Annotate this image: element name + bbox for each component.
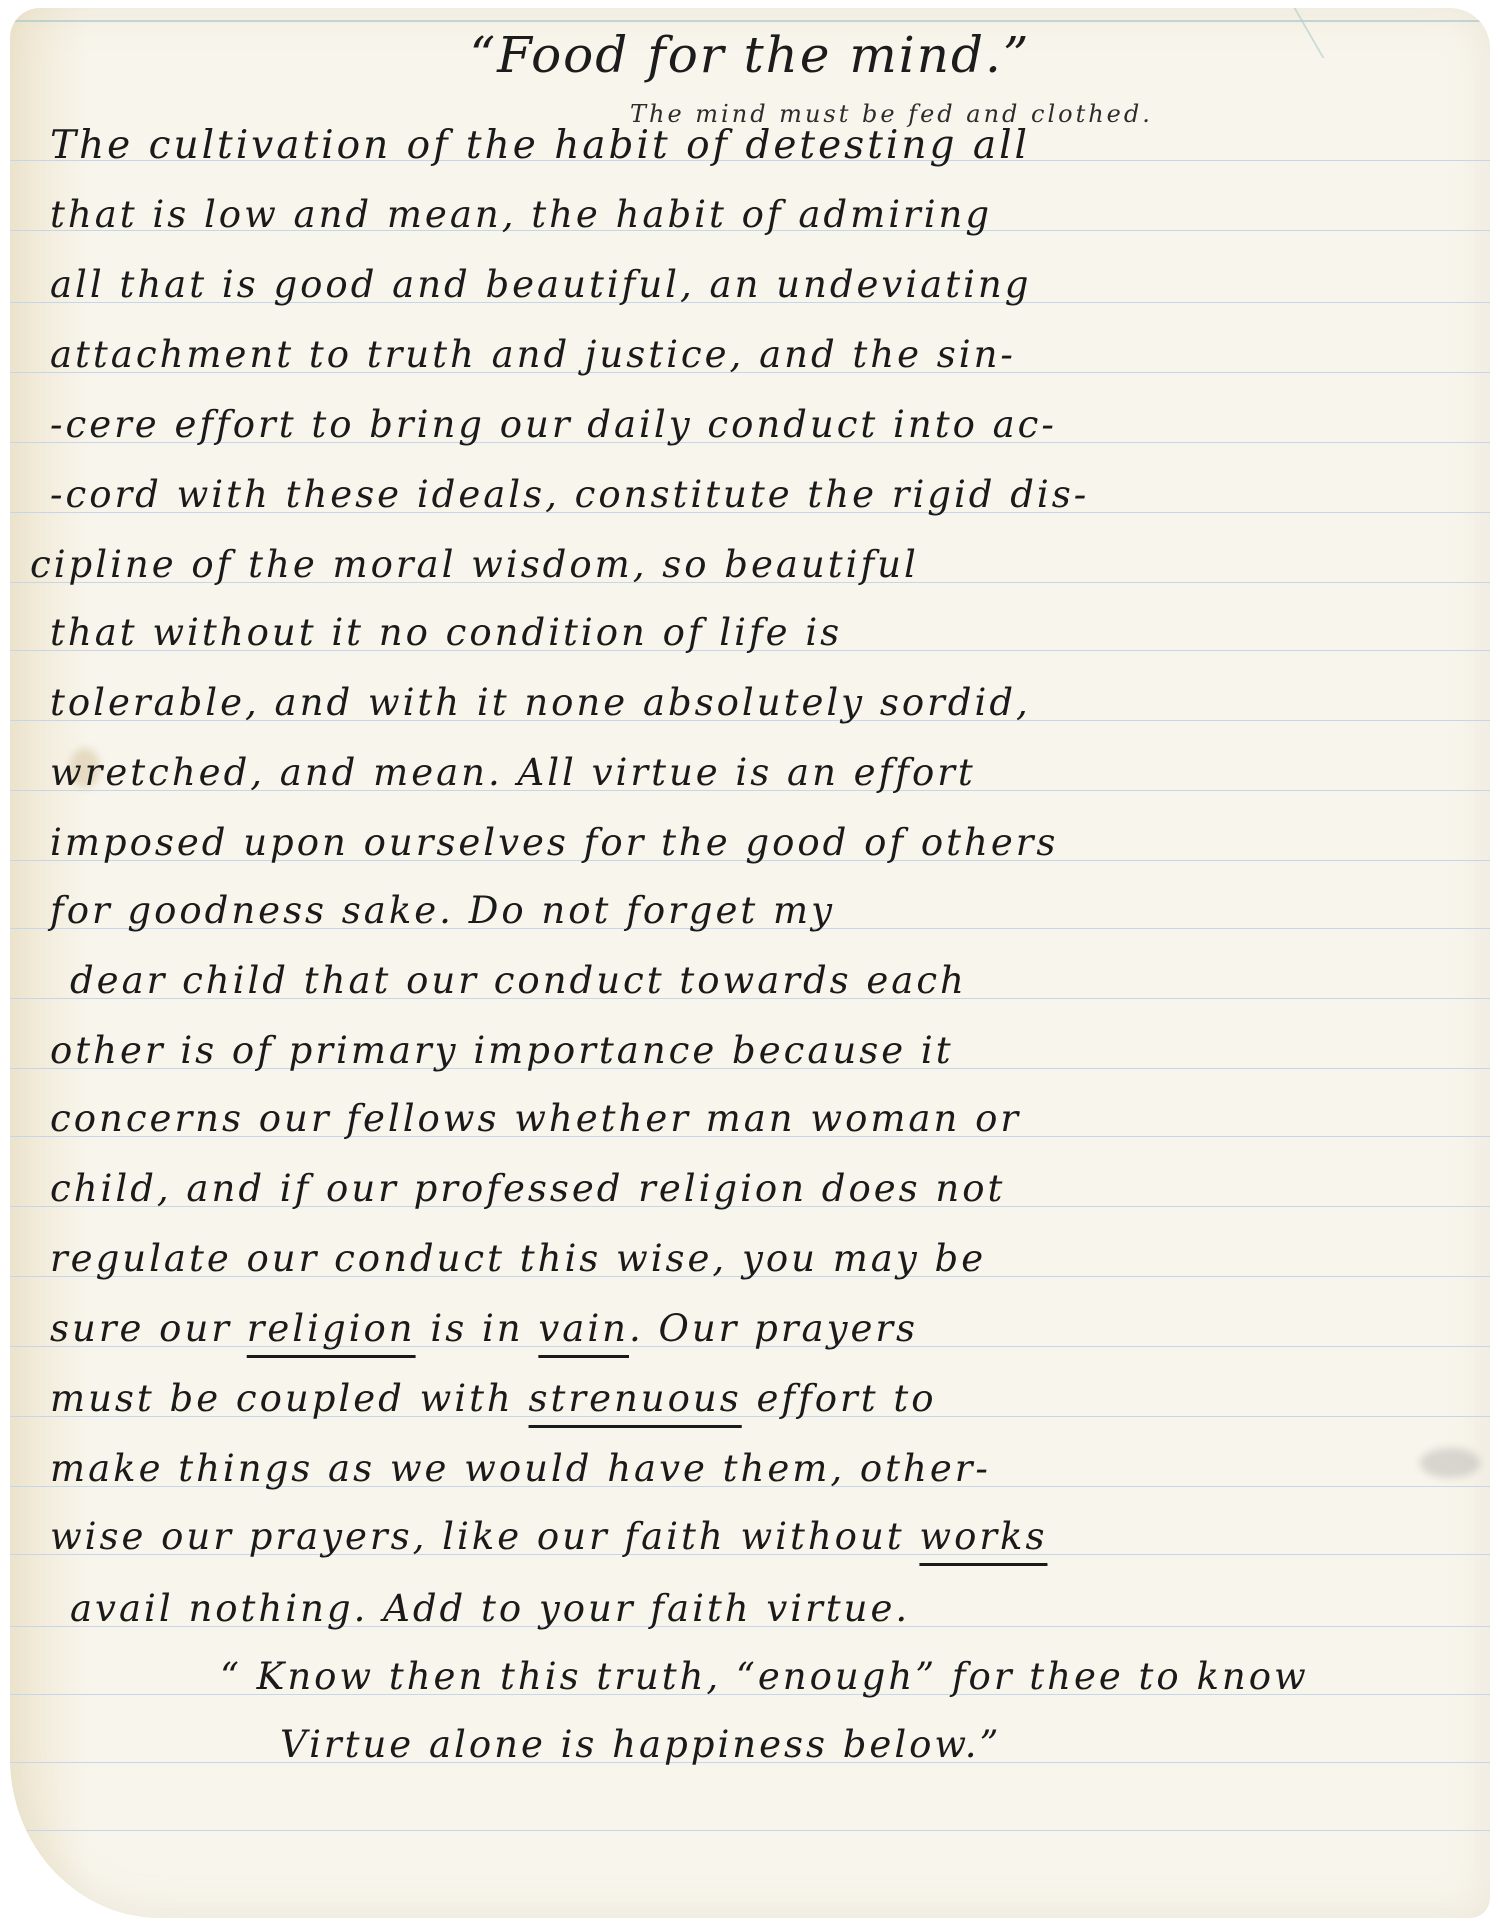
text-line: wise our prayers, like our faith without… [50, 1518, 1470, 1555]
text-segment: wise our prayers, like our faith without [50, 1515, 919, 1558]
text-segment: . Our prayers [629, 1307, 918, 1350]
underlined-word: works [919, 1515, 1047, 1558]
text-line: cipline of the moral wisdom, so beautifu… [30, 546, 1470, 583]
text-line: The cultivation of the habit of detestin… [50, 126, 1470, 165]
text-line: all that is good and beautiful, an undev… [50, 266, 1470, 303]
text-line: regulate our conduct this wise, you may … [50, 1240, 1470, 1277]
underlined-word: vain [538, 1307, 629, 1350]
text-line: other is of primary importance because i… [50, 1032, 1470, 1069]
text-line: child, and if our professed religion doe… [50, 1170, 1470, 1207]
text-line: avail nothing. Add to your faith virtue. [70, 1590, 1470, 1627]
closing-quote-line: Virtue alone is happiness below.” [280, 1726, 1470, 1763]
text-line: tolerable, and with it none absolutely s… [50, 684, 1470, 721]
text-line: imposed upon ourselves for the good of o… [50, 824, 1470, 861]
underlined-word: strenuous [529, 1377, 742, 1420]
text-line: dear child that our conduct towards each [70, 962, 1470, 999]
text-segment: is in [416, 1307, 539, 1350]
text-line: sure our religion is in vain. Our prayer… [50, 1310, 1470, 1347]
text-line: wretched, and mean. All virtue is an eff… [50, 754, 1470, 791]
text-line: -cord with these ideals, constitute the … [50, 476, 1470, 513]
page-title: “Food for the mind.” [10, 26, 1490, 84]
text-line: -cere effort to bring our daily conduct … [50, 406, 1470, 443]
top-margin-rule [10, 20, 1490, 22]
underlined-word: religion [247, 1307, 416, 1350]
text-line: that without it no condition of life is [50, 614, 1470, 651]
text-line: make things as we would have them, other… [50, 1450, 1470, 1487]
ruled-line [10, 1830, 1490, 1831]
text-line: for goodness sake. Do not forget my [50, 892, 1470, 929]
text-line: that is low and mean, the habit of admir… [50, 196, 1470, 233]
text-line: must be coupled with strenuous effort to [50, 1380, 1470, 1417]
closing-quote-line: “ Know then this truth, “enough” for the… [220, 1658, 1470, 1695]
text-segment: must be coupled with [50, 1377, 529, 1420]
text-segment: sure our [50, 1307, 247, 1350]
notebook-page: “Food for the mind.” The mind must be fe… [10, 8, 1490, 1918]
text-line: attachment to truth and justice, and the… [50, 336, 1470, 373]
text-segment: effort to [742, 1377, 937, 1420]
text-line: concerns our fellows whether man woman o… [50, 1100, 1470, 1137]
